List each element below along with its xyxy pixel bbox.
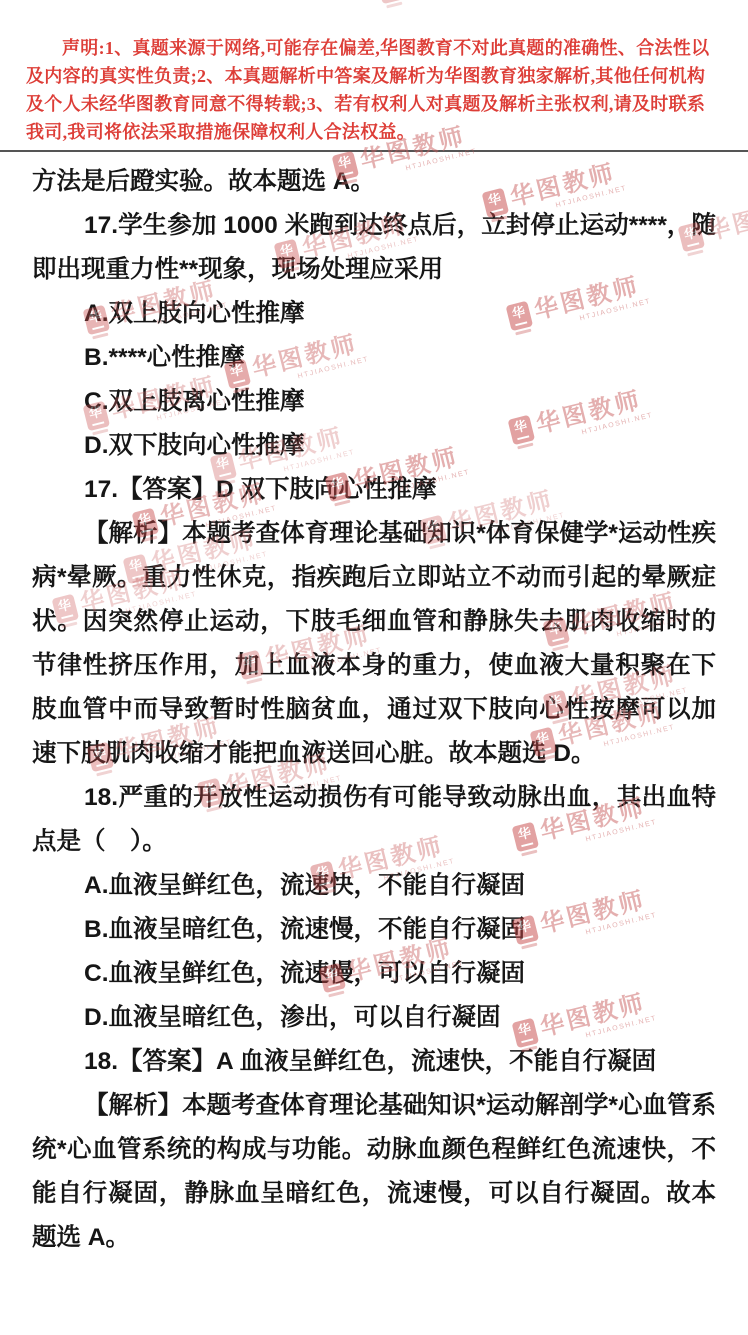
option-line: C.血液呈鲜红色，流速慢，可以自行凝固 [32, 952, 716, 996]
option-line: D.双下肢向心性推摩 [32, 424, 716, 468]
document-page: 华华图教师HTJIAOSHI.NET华华图教师HTJIAOSHI.NET华华图教… [0, 0, 748, 1335]
option-line: D.血液呈暗红色，渗出，可以自行凝固 [32, 996, 716, 1040]
disclaimer: 声明:1、真题来源于网络,可能存在偏差,华图教育不对此真题的准确性、合法性以及内… [26, 34, 722, 146]
disclaimer-text: 1、真题来源于网络,可能存在偏差,华图教育不对此真题的准确性、合法性以及内容的真… [26, 38, 709, 142]
option-line: C.双上肢离心性推摩 [32, 380, 716, 424]
huatu-logo-icon: 华 [377, 0, 405, 4]
option-line: B.血液呈暗红色，流速慢，不能自行凝固 [32, 908, 716, 952]
paragraph: 【解析】本题考查体育理论基础知识*运动解剖学*心血管系统*心血管系统的构成与功能… [32, 1084, 716, 1260]
paragraph: 18.【答案】A 血液呈鲜红色，流速快，不能自行凝固 [32, 1040, 716, 1084]
paragraph: 17.【答案】D 双下肢向心性推摩 [32, 468, 716, 512]
watermark-tiny-text [386, 2, 402, 9]
huatu-watermark: 华华图教师HTJIAOSHI.NET [377, 0, 524, 13]
paragraph: 18.严重的开放性运动损伤有可能导致动脉出血，其出血特点是（ ）。 [32, 776, 716, 864]
paragraph: 17.学生参加 1000 米跑到达终点后，立封停止运动****，随即出现重力性*… [32, 204, 716, 292]
section-divider [0, 150, 748, 152]
option-line: A.血液呈鲜红色，流速快，不能自行凝固 [32, 864, 716, 908]
disclaimer-label: 声明: [62, 38, 105, 58]
paragraph: 方法是后蹬实验。故本题选 A。 [32, 160, 716, 204]
content-area: 方法是后蹬实验。故本题选 A。17.学生参加 1000 米跑到达终点后，立封停止… [32, 160, 716, 1260]
paragraph: 【解析】本题考查体育理论基础知识*体育保健学*运动性疾病*晕厥。重力性休克，指疾… [32, 512, 716, 776]
option-line: A.双上肢向心性推摩 [32, 292, 716, 336]
option-line: B.****心性推摩 [32, 336, 716, 380]
